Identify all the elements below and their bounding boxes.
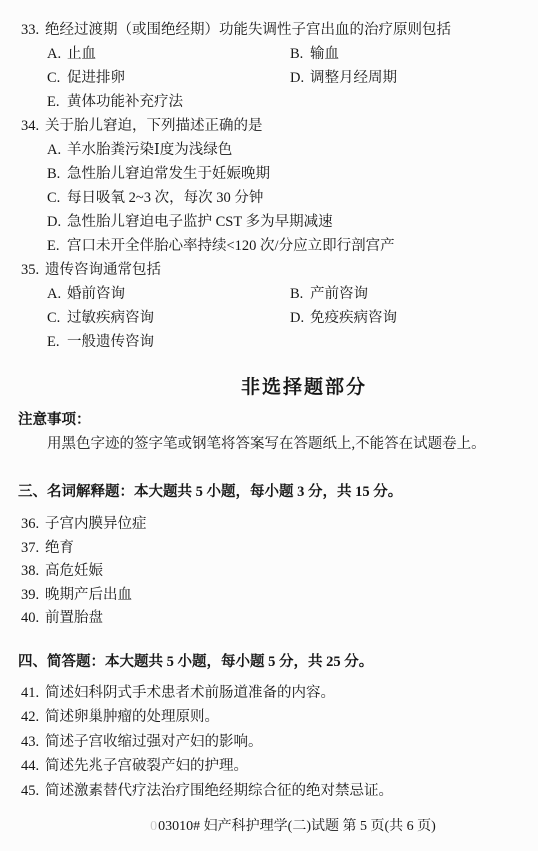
option-label: A.: [47, 138, 67, 162]
question-text: 遗传咨询通常包括: [45, 258, 538, 282]
option-text: 止血: [67, 42, 96, 66]
option-e: E. 一般遗传咨询: [47, 330, 154, 354]
section-part-title: 非选择题部分: [35, 373, 538, 403]
item-number: 45.: [21, 779, 45, 804]
option-text: 输血: [310, 42, 339, 66]
section-3-items: 36. 子宫内膜异位症 37. 绝育 38. 高危妊娠 39. 晚期产后出血 4…: [0, 513, 538, 631]
question-33-options-row: A. 止血 B. 输血: [0, 42, 538, 66]
short-answer-item-41: 41. 简述妇科阴式手术患者术前肠道准备的内容。: [0, 681, 538, 706]
item-text: 前置胎盘: [45, 607, 538, 631]
item-text: 高危妊娠: [45, 560, 538, 584]
short-answer-item-45: 45. 简述激素替代疗法治疗围绝经期综合征的绝对禁忌证。: [0, 779, 538, 804]
option-label: E.: [47, 330, 67, 354]
option-b: B. 产前咨询: [290, 282, 368, 306]
option-text: 婚前咨询: [67, 282, 125, 306]
item-number: 44.: [21, 754, 45, 779]
short-answer-item-44: 44. 简述先兆子宫破裂产妇的护理。: [0, 754, 538, 779]
question-34-options-row: A. 羊水胎粪污染Ⅰ度为浅绿色: [0, 138, 538, 162]
option-text: 羊水胎粪污染Ⅰ度为浅绿色: [67, 138, 232, 162]
option-e: E. 宫口未开全伴胎心率持续<120 次/分应立即行剖宫产: [47, 234, 395, 258]
option-e: E. 黄体功能补充疗法: [47, 90, 183, 114]
option-text: 急性胎儿窘迫常发生于妊娠晚期: [67, 162, 270, 186]
term-item-38: 38. 高危妊娠: [0, 560, 538, 584]
question-number: 35.: [21, 258, 45, 282]
option-label: A.: [47, 282, 67, 306]
question-34-options-row: C. 每日吸氧 2~3 次，每次 30 分钟: [0, 186, 538, 210]
question-35-options-row: C. 过敏疾病咨询 D. 免疫疾病咨询: [0, 306, 538, 330]
item-number: 40.: [21, 607, 45, 631]
question-number: 33.: [21, 18, 45, 42]
footer-page-info: 003010# 妇产科护理学(二)试题 第 5 页(共 6 页): [24, 816, 538, 837]
option-d: D. 急性胎儿窘迫电子监护 CST 多为早期减速: [47, 210, 333, 234]
option-label: E.: [47, 90, 67, 114]
question-34-options-row: B. 急性胎儿窘迫常发生于妊娠晚期: [0, 162, 538, 186]
question-35-options-row: E. 一般遗传咨询: [0, 330, 538, 354]
item-number: 37.: [21, 537, 45, 561]
item-number: 42.: [21, 705, 45, 730]
question-35: 35. 遗传咨询通常包括: [0, 258, 538, 282]
item-number: 38.: [21, 560, 45, 584]
option-text: 产前咨询: [310, 282, 368, 306]
question-34-options-row: E. 宫口未开全伴胎心率持续<120 次/分应立即行剖宫产: [0, 234, 538, 258]
term-item-40: 40. 前置胎盘: [0, 607, 538, 631]
option-text: 过敏疾病咨询: [67, 306, 154, 330]
question-33: 33. 绝经过渡期（或围绝经期）功能失调性子宫出血的治疗原则包括: [0, 18, 538, 42]
option-a: A. 止血: [47, 42, 290, 66]
item-text: 绝育: [45, 537, 538, 561]
option-text: 促进排卵: [67, 66, 125, 90]
multiple-choice-section: 33. 绝经过渡期（或围绝经期）功能失调性子宫出血的治疗原则包括 A. 止血 B…: [0, 0, 538, 354]
option-label: B.: [290, 282, 310, 306]
option-c: C. 每日吸氧 2~3 次，每次 30 分钟: [47, 186, 263, 210]
question-text: 绝经过渡期（或围绝经期）功能失调性子宫出血的治疗原则包括: [45, 18, 538, 42]
option-label: D.: [290, 306, 310, 330]
option-c: C. 过敏疾病咨询: [47, 306, 290, 330]
faint-print-artifact: 0: [150, 819, 157, 834]
option-label: C.: [47, 186, 67, 210]
option-label: B.: [290, 42, 310, 66]
section-3-header: 三、名词解释题：本大题共 5 小题，每小题 3 分，共 15 分。: [0, 480, 538, 504]
option-label: D.: [290, 66, 310, 90]
footer-text: 03010# 妇产科护理学(二)试题 第 5 页(共 6 页): [158, 819, 436, 834]
item-text: 简述子宫收缩过强对产妇的影响。: [45, 730, 538, 755]
section-4-header: 四、简答题：本大题共 5 小题，每小题 5 分，共 25 分。: [0, 650, 538, 674]
option-a: A. 婚前咨询: [47, 282, 290, 306]
option-label: B.: [47, 162, 67, 186]
option-text: 每日吸氧 2~3 次，每次 30 分钟: [67, 186, 263, 210]
item-number: 43.: [21, 730, 45, 755]
option-a: A. 羊水胎粪污染Ⅰ度为浅绿色: [47, 138, 232, 162]
item-text: 简述妇科阴式手术患者术前肠道准备的内容。: [45, 681, 538, 706]
item-text: 简述先兆子宫破裂产妇的护理。: [45, 754, 538, 779]
option-label: E.: [47, 234, 67, 258]
item-text: 简述卵巢肿瘤的处理原则。: [45, 705, 538, 730]
item-text: 简述激素替代疗法治疗围绝经期综合征的绝对禁忌证。: [45, 779, 538, 804]
option-c: C. 促进排卵: [47, 66, 290, 90]
option-text: 一般遗传咨询: [67, 330, 154, 354]
question-33-options-row: E. 黄体功能补充疗法: [0, 90, 538, 114]
option-text: 急性胎儿窘迫电子监护 CST 多为早期减速: [67, 210, 333, 234]
option-label: D.: [47, 210, 67, 234]
section-4-items: 41. 简述妇科阴式手术患者术前肠道准备的内容。 42. 简述卵巢肿瘤的处理原则…: [0, 681, 538, 804]
term-item-39: 39. 晚期产后出血: [0, 584, 538, 608]
term-item-37: 37. 绝育: [0, 537, 538, 561]
option-b: B. 输血: [290, 42, 339, 66]
exam-paper-page: 33. 绝经过渡期（或围绝经期）功能失调性子宫出血的治疗原则包括 A. 止血 B…: [0, 0, 538, 851]
option-label: C.: [47, 66, 67, 90]
item-number: 36.: [21, 513, 45, 537]
question-34: 34. 关于胎儿窘迫，下列描述正确的是: [0, 114, 538, 138]
option-d: D. 免疫疾病咨询: [290, 306, 397, 330]
option-label: A.: [47, 42, 67, 66]
question-text: 关于胎儿窘迫，下列描述正确的是: [45, 114, 538, 138]
item-text: 晚期产后出血: [45, 584, 538, 608]
option-text: 黄体功能补充疗法: [67, 90, 183, 114]
option-text: 宫口未开全伴胎心率持续<120 次/分应立即行剖宫产: [67, 234, 395, 258]
term-item-36: 36. 子宫内膜异位症: [0, 513, 538, 537]
short-answer-item-43: 43. 简述子宫收缩过强对产妇的影响。: [0, 730, 538, 755]
question-34-options-row: D. 急性胎儿窘迫电子监护 CST 多为早期减速: [0, 210, 538, 234]
question-35-options-row: A. 婚前咨询 B. 产前咨询: [0, 282, 538, 306]
question-33-options-row: C. 促进排卵 D. 调整月经周期: [0, 66, 538, 90]
notice-text: 用黑色字迹的签字笔或钢笔将答案写在答题纸上,不能答在试题卷上。: [0, 432, 538, 456]
item-number: 39.: [21, 584, 45, 608]
item-number: 41.: [21, 681, 45, 706]
question-number: 34.: [21, 114, 45, 138]
option-label: C.: [47, 306, 67, 330]
option-b: B. 急性胎儿窘迫常发生于妊娠晚期: [47, 162, 270, 186]
option-text: 免疫疾病咨询: [310, 306, 397, 330]
short-answer-item-42: 42. 简述卵巢肿瘤的处理原则。: [0, 705, 538, 730]
option-text: 调整月经周期: [310, 66, 397, 90]
option-d: D. 调整月经周期: [290, 66, 397, 90]
notice-label: 注意事项：: [0, 408, 538, 432]
item-text: 子宫内膜异位症: [45, 513, 538, 537]
